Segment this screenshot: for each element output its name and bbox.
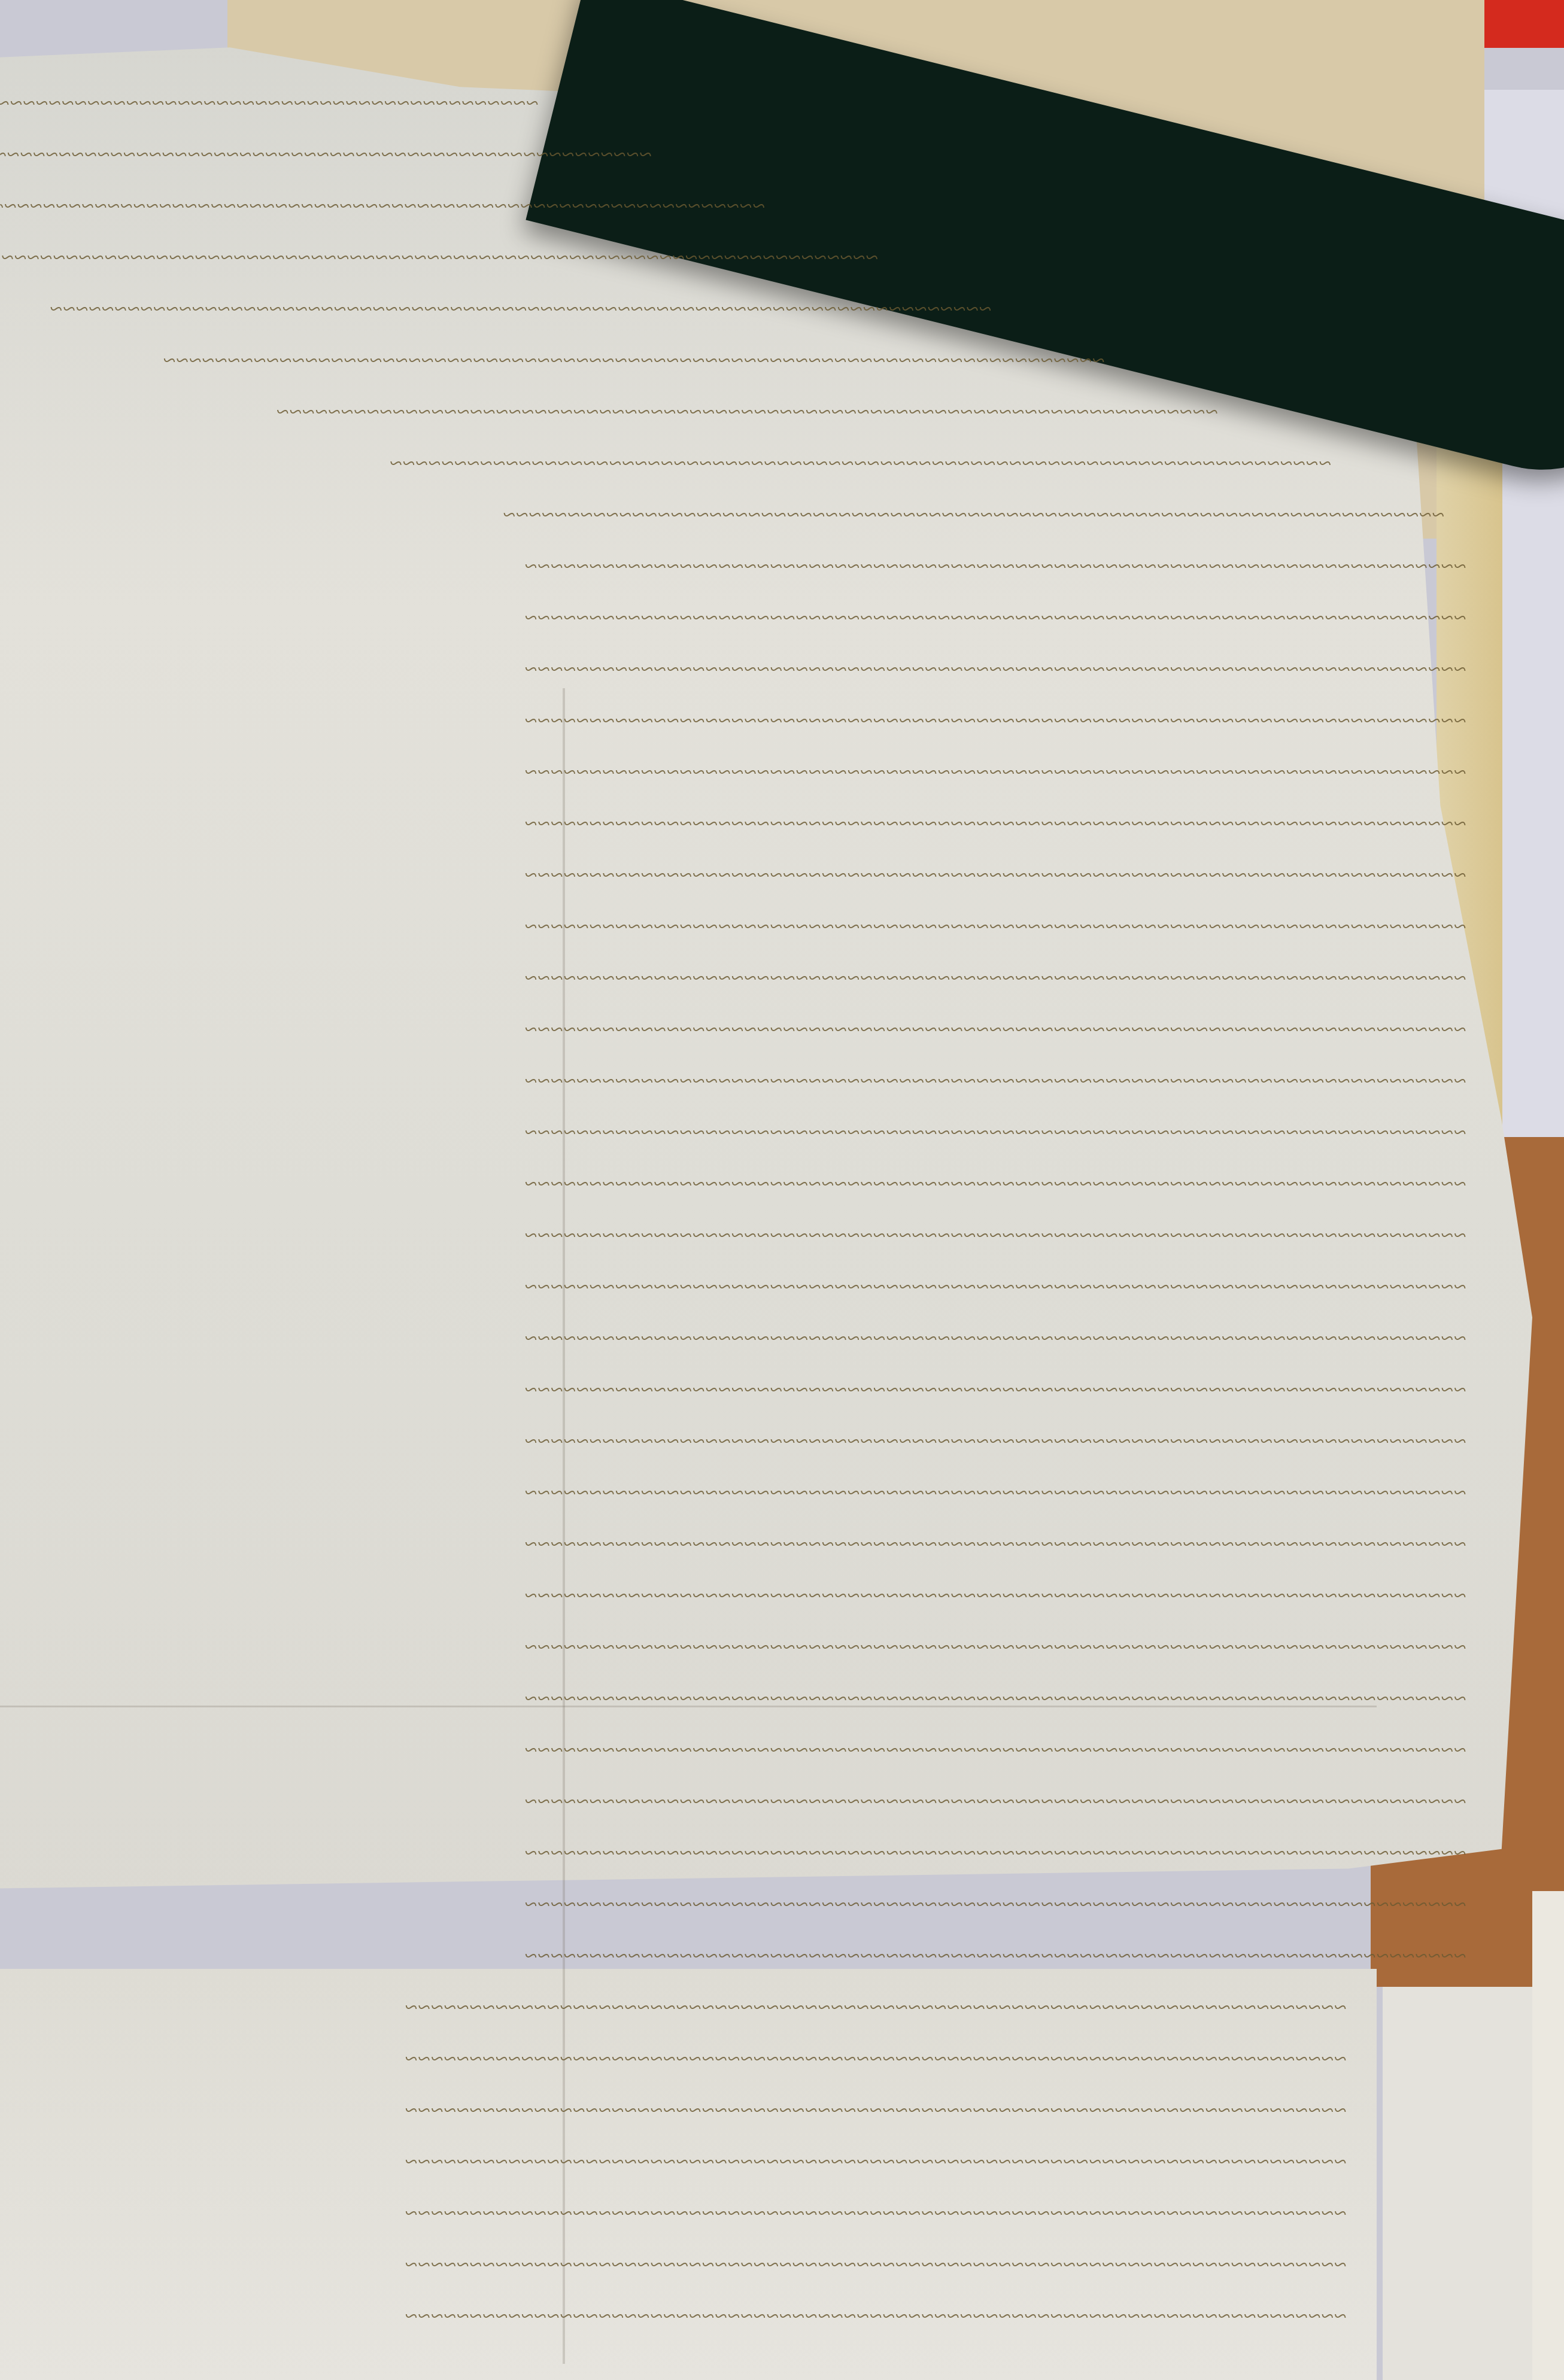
handwritten-line: ~~~~~~~~~~~~~~~~~~~~~~~~~~~~~~~~~~~~~~~~… <box>0 296 992 314</box>
handwritten-line: ~~~~~~~~~~~~~~~~~~~~~~~~~~~~~~~~~~~~~~~~… <box>0 1273 1466 1291</box>
handwritten-line: ~~~~~~~~~~~~~~~~~~~~~~~~~~~~~~~~~~~~~~~~… <box>0 2303 1347 2321</box>
handwritten-line: ~~~~~~~~~~~~~~~~~~~~~~~~~~~~~~~~~~~~~~~~… <box>0 2045 1347 2063</box>
handwritten-line: ~~~~~~~~~~~~~~~~~~~~~~~~~~~~~~~~~~~~~~~~… <box>0 1943 1466 1960</box>
handwritten-line: ~~~~~~~~~~~~~~~~~~~~~~~~~~~~~~~~~~~~~~~~… <box>0 1119 1466 1137</box>
handwritten-line: ~~~~~~~~~~~~~~~~~~~~~~~~~~~~~~~~~~~~~~~~… <box>0 604 1466 622</box>
handwritten-line: ~~~~~~~~~~~~~~~~~~~~~~~~~~~~~~~~~~~~~~~~… <box>0 1994 1347 2012</box>
handwritten-line: ~~~~~~~~~~~~~~~~~~~~~~~~~~~~~~~~~~~~~~~~… <box>0 2251 1347 2269</box>
handwritten-line: ~~~~~~~~~~~~~~~~~~~~~~~~~~~~~~~~~~~~~~~~… <box>0 810 1466 828</box>
handwritten-line: ~~~~~~~~~~~~~~~~~~~~~~~~~~~~~~~~~~~~~~~~… <box>0 1531 1466 1549</box>
handwritten-line: ~~~~~~~~~~~~~~~~~~~~~~~~~~~~~~~~~~~~~~~~… <box>0 1840 1466 1858</box>
handwritten-line: ~~~~~~~~~~~~~~~~~~~~~~~~~~~~~~~~~~~~~~~~… <box>0 2148 1347 2166</box>
handwritten-line: ~~~~~~~~~~~~~~~~~~~~~~~~~~~~~~~~~~~~~~~~… <box>0 913 1466 931</box>
handwritten-line: ~~~~~~~~~~~~~~~~~~~~~~~~~~~~~~~~~~~~~~~~… <box>0 2097 1347 2115</box>
handwritten-line: ~~~~~~~~~~~~~~~~~~~~~~~~~~~~~~~~~~~~~~~~… <box>0 1068 1466 1086</box>
handwritten-line: ~~~~~~~~~~~~~~~~~~~~~~~~~~~~~~~~~~~~~~~~… <box>0 1788 1466 1806</box>
handwritten-line: ~~~~~~~~~~~~~~~~~~~~~~~~~~~~~~~~~~~~~~~~… <box>0 1479 1466 1497</box>
handwritten-line: ~~~~~~~~~~~~~~~~~~~~~~~~~~~~~~~~~~~~~~~~… <box>0 90 539 108</box>
handwritten-line: ~~~~~~~~~~~~~~~~~~~~~~~~~~~~~~~~~~~~~~~~… <box>0 141 652 159</box>
handwritten-line: ~~~~~~~~~~~~~~~~~~~~~~~~~~~~~~~~~~~~~~~~… <box>0 1171 1466 1189</box>
handwritten-line: ~~~~~~~~~~~~~~~~~~~~~~~~~~~~~~~~~~~~~~~~… <box>0 1737 1466 1755</box>
handwritten-line: ~~~~~~~~~~~~~~~~~~~~~~~~~~~~~~~~~~~~~~~~… <box>0 1634 1466 1652</box>
handwritten-line: ~~~~~~~~~~~~~~~~~~~~~~~~~~~~~~~~~~~~~~~~… <box>0 450 1331 468</box>
handwritten-line: ~~~~~~~~~~~~~~~~~~~~~~~~~~~~~~~~~~~~~~~~… <box>0 193 765 211</box>
handwritten-line: ~~~~~~~~~~~~~~~~~~~~~~~~~~~~~~~~~~~~~~~~… <box>0 244 879 262</box>
handwritten-line: ~~~~~~~~~~~~~~~~~~~~~~~~~~~~~~~~~~~~~~~~… <box>0 1428 1466 1446</box>
handwritten-line: ~~~~~~~~~~~~~~~~~~~~~~~~~~~~~~~~~~~~~~~~… <box>0 553 1466 571</box>
handwritten-line: ~~~~~~~~~~~~~~~~~~~~~~~~~~~~~~~~~~~~~~~~… <box>0 2200 1347 2218</box>
handwritten-line: ~~~~~~~~~~~~~~~~~~~~~~~~~~~~~~~~~~~~~~~~… <box>0 1582 1466 1600</box>
handwritten-line: ~~~~~~~~~~~~~~~~~~~~~~~~~~~~~~~~~~~~~~~~… <box>0 501 1445 519</box>
handwritten-line: ~~~~~~~~~~~~~~~~~~~~~~~~~~~~~~~~~~~~~~~~… <box>0 1891 1466 1909</box>
handwritten-line: ~~~~~~~~~~~~~~~~~~~~~~~~~~~~~~~~~~~~~~~~… <box>0 656 1466 674</box>
handwritten-line: ~~~~~~~~~~~~~~~~~~~~~~~~~~~~~~~~~~~~~~~~… <box>0 1325 1466 1343</box>
handwritten-line: ~~~~~~~~~~~~~~~~~~~~~~~~~~~~~~~~~~~~~~~~… <box>0 1016 1466 1034</box>
handwritten-line: ~~~~~~~~~~~~~~~~~~~~~~~~~~~~~~~~~~~~~~~~… <box>0 1376 1466 1394</box>
handwritten-line: ~~~~~~~~~~~~~~~~~~~~~~~~~~~~~~~~~~~~~~~~… <box>0 707 1466 725</box>
handwritten-line: ~~~~~~~~~~~~~~~~~~~~~~~~~~~~~~~~~~~~~~~~… <box>0 347 1105 365</box>
handwritten-line: ~~~~~~~~~~~~~~~~~~~~~~~~~~~~~~~~~~~~~~~~… <box>0 862 1466 880</box>
handwritten-line: ~~~~~~~~~~~~~~~~~~~~~~~~~~~~~~~~~~~~~~~~… <box>0 1222 1466 1240</box>
handwritten-line: ~~~~~~~~~~~~~~~~~~~~~~~~~~~~~~~~~~~~~~~~… <box>0 399 1218 417</box>
handwritten-line: ~~~~~~~~~~~~~~~~~~~~~~~~~~~~~~~~~~~~~~~~… <box>0 759 1466 777</box>
handwritten-line: ~~~~~~~~~~~~~~~~~~~~~~~~~~~~~~~~~~~~~~~~… <box>0 965 1466 983</box>
handwritten-line: ~~~~~~~~~~~~~~~~~~~~~~~~~~~~~~~~~~~~~~~~… <box>0 1685 1466 1703</box>
handwritten-text-block: ~~~~~~~~~~~~~~~~~~~~~~~~~~~~~~~~~~~~~~~~… <box>0 0 1564 2380</box>
